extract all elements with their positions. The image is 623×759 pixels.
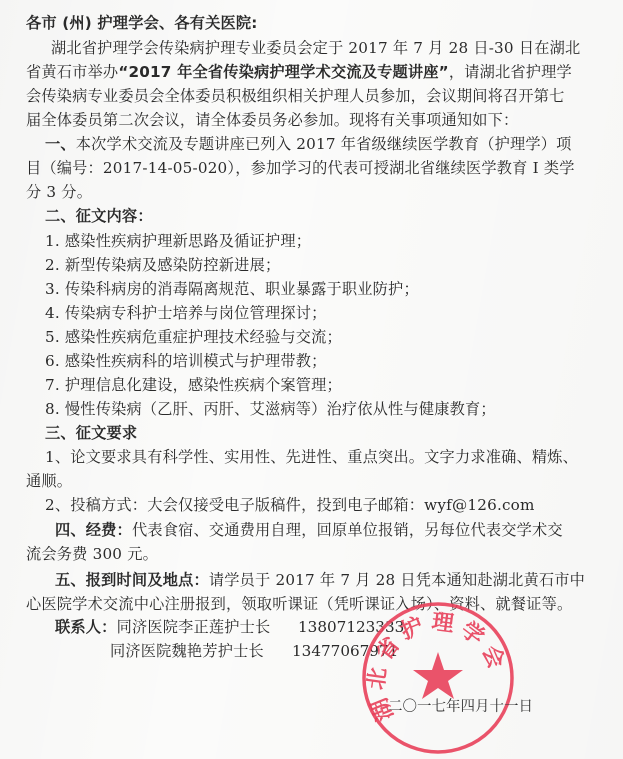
section3-item1-line-1: 1、论文要求具有科学性、实用性、先进性、重点突出。文字力求准确、精炼、 (45, 447, 578, 467)
section5-line-2: 心医院学术交流中心注册报到，领取听课证（凭听课证入场）、资料、就餐证等。 (26, 594, 572, 614)
contact-phone: 13807123333 (298, 617, 404, 637)
section5-line-1: 五、报到时间及地点：请学员于 2017 年 7 月 28 日凭本通知赴湖北黄石市… (55, 570, 585, 590)
section1-text: 本次学术交流及专题讲座已列入 2017 年省级继续医学教育（护理学）项 (76, 135, 572, 153)
section1-line-3: 分 3 分。 (26, 182, 92, 202)
contacts-label: 联系人： (55, 618, 117, 636)
list-item: 6. 感染性疾病科的培训模式与护理带教； (45, 351, 327, 371)
section1-heading: 一、 (45, 135, 76, 153)
contact-phone: 13477067971 (292, 641, 398, 661)
list-item: 7. 护理信息化建设，感染性疾病个案管理； (45, 375, 342, 395)
list-item: 2. 新型传染病及感染防控新进展； (45, 255, 280, 275)
salutation: 各市 (州) 护理学会、各有关医院: (26, 13, 258, 33)
section3-heading: 三、征文要求 (45, 423, 137, 443)
section1-line-2: 目（编号：2017-14-05-020），参加学习的代表可授湖北省继续医学教育 … (26, 158, 575, 178)
notice-document: 各市 (州) 护理学会、各有关医院: 湖北省护理学会传染病护理专业委员会定于 2… (0, 0, 623, 759)
section3-item2: 2、投稿方式：大会仅接受电子版稿件，投到电子邮箱：wyf@126.com (45, 495, 535, 515)
section4-line-1: 四、经费：代表食宿、交通费用自理，回原单位报销，另每位代表交学术交 (55, 520, 563, 540)
section4-text: 代表食宿、交通费用自理，回原单位报销，另每位代表交学术交 (132, 521, 563, 539)
list-item: 1. 感染性疾病护理新思路及循证护理； (45, 231, 311, 251)
issue-date: 二〇一七年四月十一日 (388, 695, 533, 716)
section4-heading: 四、经费： (55, 521, 132, 539)
list-item: 8. 慢性传染病（乙肝、丙肝、艾滋病等）治疗依从性与健康教育； (45, 399, 496, 419)
section3-item1-line-2: 通顺。 (26, 471, 72, 491)
section2-heading: 二、征文内容： (45, 206, 153, 226)
section1-line-1: 一、本次学术交流及专题讲座已列入 2017 年省级继续医学教育（护理学）项 (45, 134, 572, 154)
list-item: 5. 感染性疾病危重症护理技术经验与交流； (45, 327, 342, 347)
submission-email-text: 2、投稿方式：大会仅接受电子版稿件，投到电子邮箱：wyf@126.com (45, 496, 535, 514)
section4-line-2: 流会务费 300 元。 (26, 544, 158, 564)
section5-heading: 五、报到时间及地点： (55, 571, 209, 589)
event-title: “2017 年全省传染病护理学术交流及专题讲座” (118, 63, 449, 81)
contact-name: 同济医院魏艳芳护士长 (110, 641, 264, 661)
contact-row: 联系人：同济医院李正莲护士长 (55, 617, 270, 637)
section5-text: 请学员于 2017 年 7 月 28 日凭本通知赴湖北黄石市中 (209, 571, 585, 589)
intro-text: 省黄石市举办 (26, 63, 118, 81)
intro-text: ，请湖北省护理学 (449, 63, 572, 81)
contact-name: 同济医院李正莲护士长 (117, 618, 271, 636)
intro-line-3: 会传染病专业委员会全体委员积极组织相关护理人员参加，会议期间将召开第七 (26, 86, 565, 106)
list-item: 3. 传染科病房的消毒隔离规范、职业暴露于职业防护； (45, 279, 419, 299)
intro-line-4: 届全体委员第二次会议，请全体委员务必参加。现将有关事项通知如下： (26, 110, 518, 130)
intro-line-2: 省黄石市举办“2017 年全省传染病护理学术交流及专题讲座”，请湖北省护理学 (26, 62, 572, 82)
intro-line-1: 湖北省护理学会传染病护理专业委员会定于 2017 年 7 月 28 日-30 日… (51, 38, 580, 58)
list-item: 4. 传染病专科护士培养与岗位管理探讨； (45, 303, 327, 323)
